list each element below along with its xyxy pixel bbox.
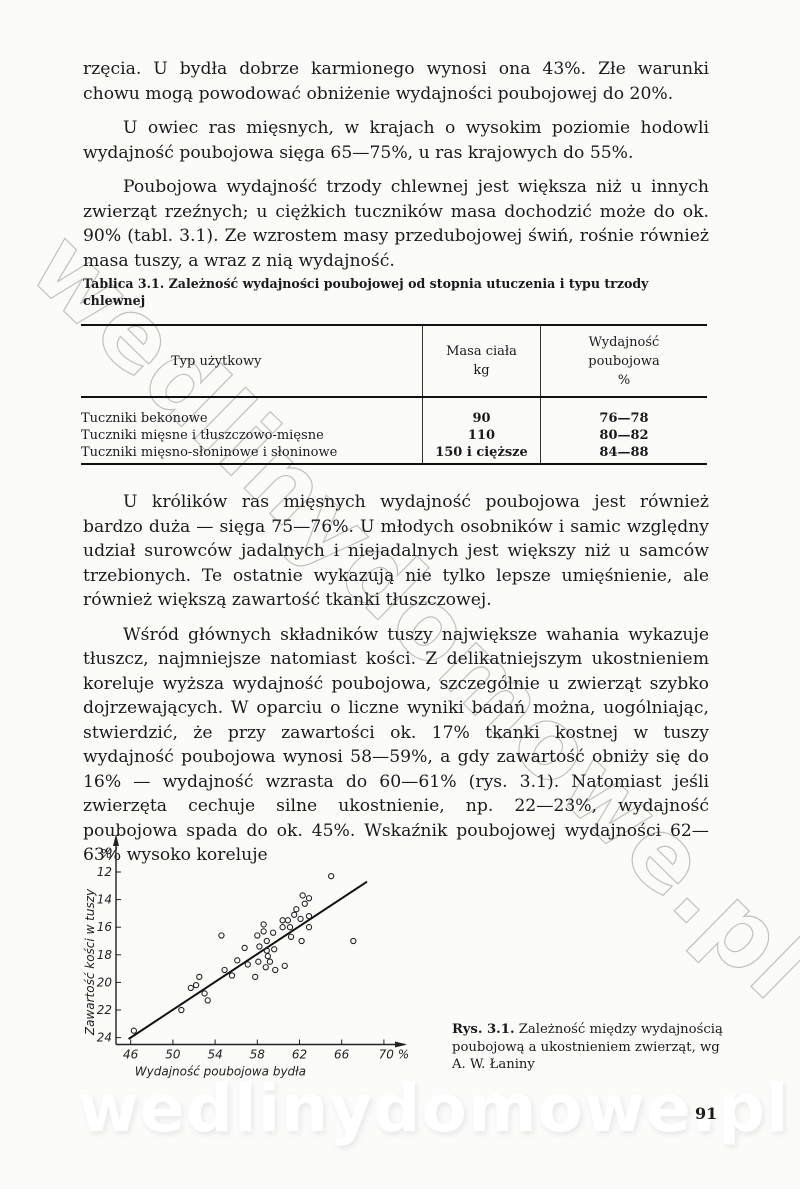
trend-line	[129, 882, 367, 1039]
table-row: Tuczniki mięsno-słoninowe i słoninowe150…	[81, 444, 707, 464]
data-point	[282, 963, 287, 968]
data-point	[261, 922, 266, 927]
paragraph: Wśród głównych składników tuszy najwięks…	[83, 623, 709, 868]
data-point	[253, 974, 258, 979]
data-point	[288, 934, 293, 939]
x-tick-label: 58	[250, 1048, 266, 1062]
data-point	[306, 896, 311, 901]
data-table: Typ użytkowy Masa ciałakg Wydajnośćpoubo…	[81, 324, 707, 465]
table-header-row: Typ użytkowy Masa ciałakg Wydajnośćpoubo…	[81, 325, 707, 397]
data-point	[205, 998, 210, 1003]
y-tick-label: 18	[97, 948, 113, 962]
data-point	[264, 938, 269, 943]
table-caption: Tablica 3.1. Zależność wydajności pouboj…	[83, 275, 663, 309]
paragraph: U królików ras mięsnych wydajność pouboj…	[83, 490, 709, 613]
data-point	[285, 918, 290, 923]
cell-yield: 84—88	[541, 444, 708, 464]
data-point	[273, 967, 278, 972]
data-point	[306, 914, 311, 919]
data-point	[272, 947, 277, 952]
paragraph: rzęcia. U bydła dobrze karmionego wynosi…	[83, 57, 709, 106]
cell-type: Tuczniki bekonowe	[81, 397, 423, 427]
data-point	[188, 985, 193, 990]
y-tick-label: 16	[97, 920, 113, 934]
data-point	[292, 912, 297, 917]
data-point	[222, 967, 227, 972]
cell-mass: 110	[423, 427, 541, 444]
column-header-yield: Wydajnośćpoubojowa%	[541, 325, 708, 397]
data-point	[280, 925, 285, 930]
table-row: Tuczniki mięsne i tłuszczowo-mięsne11080…	[81, 427, 707, 444]
data-point	[280, 918, 285, 923]
column-header-type: Typ użytkowy	[81, 325, 423, 397]
data-point	[287, 925, 292, 930]
cell-mass: 150 i cięższe	[423, 444, 541, 464]
data-point	[302, 901, 307, 906]
figure-caption: Rys. 3.1. Zależność między wydajnością p…	[452, 1021, 732, 1074]
data-point	[229, 973, 234, 978]
cell-mass: 90	[423, 397, 541, 427]
y-axis-title: Zawartość kości w tuszy	[83, 888, 97, 1036]
data-point	[255, 933, 260, 938]
data-point	[257, 944, 262, 949]
data-point	[242, 945, 247, 950]
x-tick-label: 46	[123, 1048, 139, 1062]
data-point	[306, 925, 311, 930]
cell-yield: 76—78	[541, 397, 708, 427]
data-point	[197, 974, 202, 979]
page-number: 91	[695, 1104, 717, 1123]
data-point	[298, 916, 303, 921]
y-tick-label: 24	[97, 1031, 112, 1045]
body-text-top: rzęcia. U bydła dobrze karmionego wynosi…	[83, 57, 709, 283]
y-tick-label: 12	[97, 865, 112, 879]
data-point	[329, 874, 334, 879]
x-tick-label: 54	[207, 1048, 222, 1062]
data-point	[294, 907, 299, 912]
figure-label: Rys. 3.1.	[452, 1022, 515, 1037]
x-tick-label: 66	[334, 1048, 350, 1062]
data-point	[300, 893, 305, 898]
data-point	[194, 983, 199, 988]
y-tick-label: 14	[97, 893, 112, 907]
data-point	[267, 959, 272, 964]
data-point	[256, 959, 261, 964]
data-point	[219, 933, 224, 938]
data-point	[299, 938, 304, 943]
x-tick-label: 50	[165, 1048, 181, 1062]
cell-type: Tuczniki mięsne i tłuszczowo-mięsne	[81, 427, 423, 444]
data-point	[179, 1007, 184, 1012]
data-point	[131, 1028, 136, 1033]
cell-yield: 80—82	[541, 427, 708, 444]
y-unit-label: %	[101, 847, 112, 861]
paragraph: U owiec ras mięsnych, w krajach o wysoki…	[83, 116, 709, 165]
y-tick-label: 22	[97, 1003, 112, 1017]
x-axis-title: Wydajność poubojowa bydła	[135, 1065, 306, 1079]
data-point	[271, 930, 276, 935]
column-header-mass: Masa ciałakg	[423, 325, 541, 397]
data-point	[235, 958, 240, 963]
scatter-chart: 12141618202224%46505458626670 %Wydajność…	[80, 832, 410, 1087]
paragraph: Poubojowa wydajność trzody chlewnej jest…	[83, 175, 709, 273]
y-axis-arrow-icon	[113, 834, 119, 846]
x-tick-label: 70 %	[379, 1048, 410, 1062]
data-point	[202, 991, 207, 996]
data-point	[245, 962, 250, 967]
x-tick-label: 62	[292, 1048, 307, 1062]
cell-type: Tuczniki mięsno-słoninowe i słoninowe	[81, 444, 423, 464]
y-tick-label: 20	[97, 975, 113, 989]
table-row: Tuczniki bekonowe9076—78	[81, 397, 707, 427]
data-point	[265, 954, 270, 959]
data-point	[351, 938, 356, 943]
body-text-bottom: U królików ras mięsnych wydajność pouboj…	[83, 490, 709, 878]
data-point	[261, 929, 266, 934]
data-point	[263, 965, 268, 970]
